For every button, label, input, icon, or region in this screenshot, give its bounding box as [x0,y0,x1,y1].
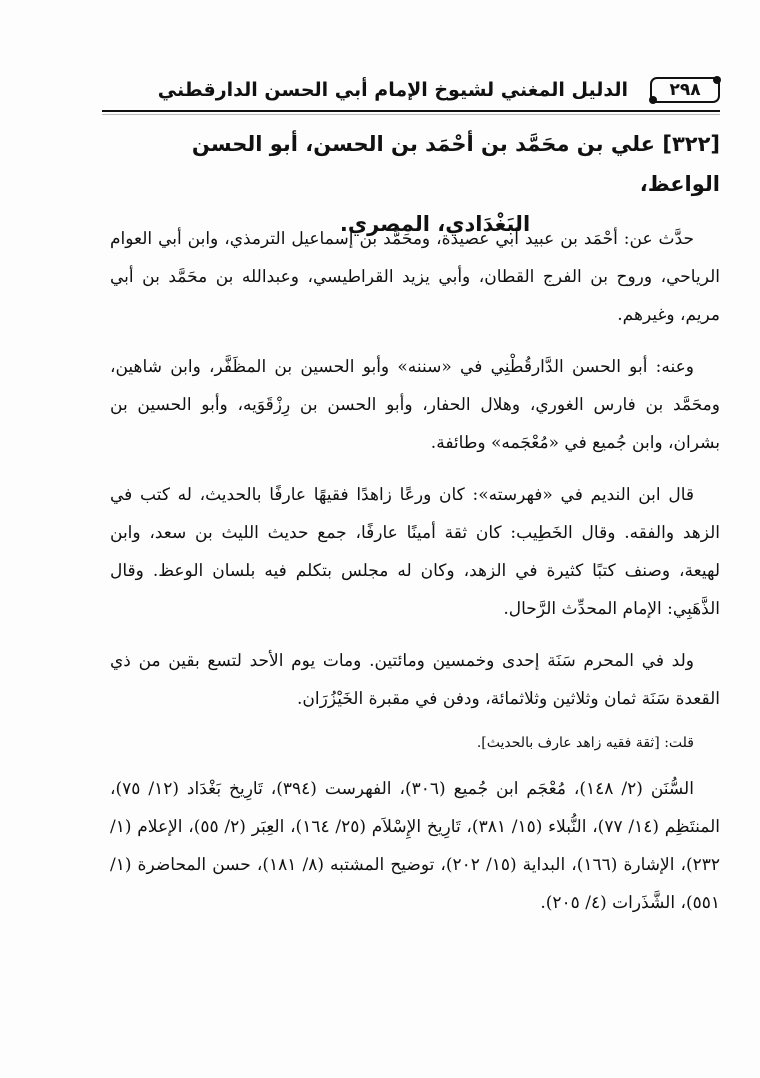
page-number: ٢٩٨ [669,80,700,100]
sources-text: السُّنَن (٢/ ١٤٨)، مُعْجَم ابن جُميع (٣٠… [110,770,720,922]
book-page: ٢٩٨ الدليل المغني لشيوخ الإمام أبي الحسن… [0,0,760,1078]
teachers-text: حدَّث عن: أحْمَد بن عبيد أبي عصيدة، ومحَ… [110,220,720,334]
running-header: ٢٩٨ الدليل المغني لشيوخ الإمام أبي الحسن… [100,72,720,108]
header-divider-thin [102,114,720,115]
paragraph-teachers: حدَّث عن: أحْمَد بن عبيد أبي عصيدة، ومحَ… [110,220,720,334]
verdict-note: قلت: [ثقة فقيه زاهد عارف بالحديث]. [110,728,720,758]
running-title: الدليل المغني لشيوخ الإمام أبي الحسن الد… [158,79,628,101]
header-divider [102,110,720,112]
opinions-text: قال ابن النديم في «فهرسته»: كان ورعًا زا… [110,476,720,628]
entry-name-line1: علي بن محَمَّد بن أحْمَد بن الحسن، أبو ا… [192,132,720,196]
paragraph-birth-death: ولد في المحرم سَنَة إحدى وخمسين ومائتين.… [110,642,720,718]
page-number-badge: ٢٩٨ [650,77,720,103]
entry-number: [٣٢٢] [662,132,720,156]
paragraph-opinions: قال ابن النديم في «فهرسته»: كان ورعًا زا… [110,476,720,628]
birth-death-text: ولد في المحرم سَنَة إحدى وخمسين ومائتين.… [110,642,720,718]
sources-list: السُّنَن (٢/ ١٤٨)، مُعْجَم ابن جُميع (٣٠… [110,770,720,922]
students-text: وعنه: أبو الحسن الدَّارقُطْنِي في «سننه»… [110,348,720,462]
paragraph-students: وعنه: أبو الحسن الدَّارقُطْنِي في «سننه»… [110,348,720,462]
